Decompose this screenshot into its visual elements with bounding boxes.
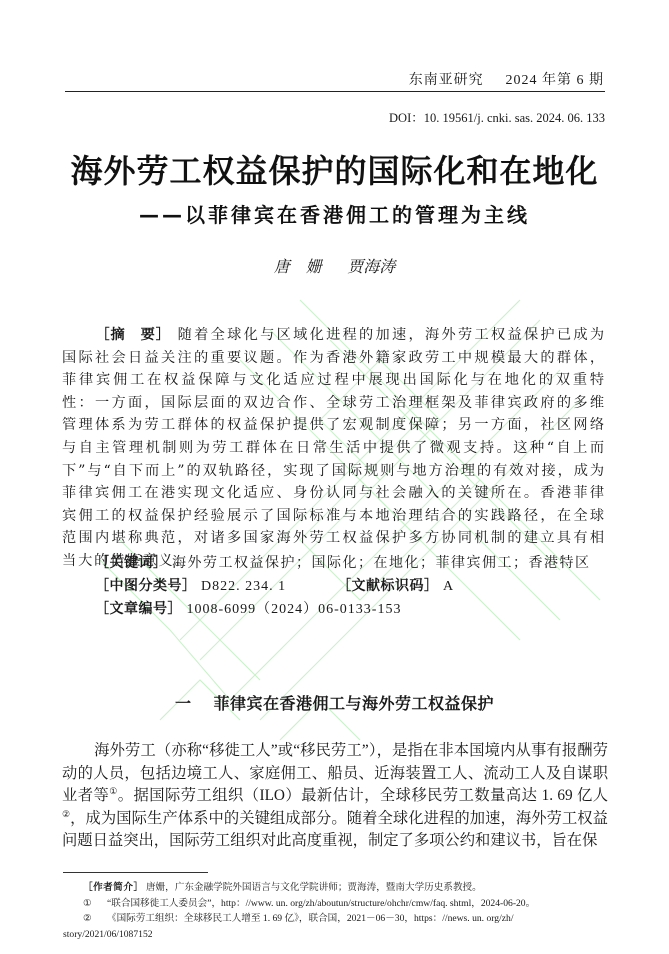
footnote-2: ②《国际劳工组织：全球移民工人增至 1. 69 亿》，联合国，2021－06－3… <box>63 911 613 927</box>
author-list: 唐 姗 贾海涛 <box>0 254 669 277</box>
footnote-1: ①“联合国移徙工人委员会”，http：//www. un. org/zh/abo… <box>63 896 613 912</box>
author-name: 唐 姗 <box>274 254 322 277</box>
journal-issue: 2024 年第 6 期 <box>506 73 605 88</box>
footnote-2-continuation[interactable]: story/2021/06/1087152 <box>63 927 613 943</box>
footnote-ref-1[interactable]: ① <box>109 786 118 796</box>
section-heading: 一菲律宾在香港佣工与海外劳工权益保护 <box>0 691 669 714</box>
article-number-line: ［文章编号］ 1008-6099（2024）06-0133-153 <box>95 598 401 618</box>
doc-code-label: ［文献标识码］ <box>337 578 439 594</box>
footnote-text[interactable]: 《国际劳工组织：全球移民工人增至 1. 69 亿》，联合国，2021－06－30… <box>107 913 513 924</box>
abstract-label: ［摘 要］ <box>95 327 171 343</box>
article-number-label: ［文章编号］ <box>95 601 182 617</box>
article-title: 海外劳工权益保护的国际化和在地化 <box>0 146 669 192</box>
keywords-line: ［关键词］ 海外劳工权益保护；国际化；在地化；菲律宾佣工；香港特区 <box>95 552 590 572</box>
doc-code-value: A <box>443 579 454 594</box>
clc-label: ［中图分类号］ <box>95 578 197 594</box>
keywords-label: ［关键词］ <box>95 555 168 571</box>
footnote-mark: ② <box>83 911 107 927</box>
header-rule <box>65 91 605 92</box>
footnote-text[interactable]: “联合国移徙工人委员会”，http：//www. un. org/zh/abou… <box>107 898 535 909</box>
abstract: ［摘 要］ 随着全球化与区域化进程的加速，海外劳工权益保护已成为国际社会日益关注… <box>62 324 606 573</box>
running-head: 东南亚研究 2024 年第 6 期 <box>409 69 604 89</box>
article-subtitle: ——以菲律宾在香港佣工的管理为主线 <box>0 199 669 228</box>
article-number-value: 1008-6099（2024）06-0133-153 <box>186 602 401 617</box>
doi[interactable]: DOI：10. 19561/j. cnki. sas. 2024. 06. 13… <box>389 108 605 126</box>
classification-line: ［中图分类号］ D822. 234. 1 ［文献标识码］ A <box>95 575 454 595</box>
clc-value: D822. 234. 1 <box>201 579 286 594</box>
footnotes: ［作者简介］ 唐姗，广东金融学院外国语言与文化学院讲师；贾海涛，暨南大学历史系教… <box>63 880 613 942</box>
author-bio: ［作者简介］ 唐姗，广东金融学院外国语言与文化学院讲师；贾海涛，暨南大学历史系教… <box>63 880 613 896</box>
body-text-segment: ，成为国际生产体系中的关键组成部分。随着全球化进程的加速，海外劳工权益问题日益突… <box>62 810 608 850</box>
author-bio-text: 唐姗，广东金融学院外国语言与文化学院讲师；贾海涛，暨南大学历史系教授。 <box>146 882 482 893</box>
section-number: 一 <box>175 694 192 713</box>
footnote-rule <box>63 872 208 873</box>
footnote-mark: ① <box>83 896 107 912</box>
abstract-text: 随着全球化与区域化进程的加速，海外劳工权益保护已成为国际社会日益关注的重要议题。… <box>62 327 606 569</box>
author-name: 贾海涛 <box>347 254 395 277</box>
body-paragraph: 海外劳工（亦称“移徙工人”或“移民劳工”），是指在非本国境内从事有报酬劳动的人员… <box>62 740 608 853</box>
keywords-value: 海外劳工权益保护；国际化；在地化；菲律宾佣工；香港特区 <box>172 555 591 571</box>
author-bio-label: ［作者简介］ <box>83 882 144 893</box>
section-title: 菲律宾在香港佣工与海外劳工权益保护 <box>214 694 495 713</box>
body-text-segment: 。据国际劳工组织（ILO）最新估计，全球移民劳工数量高达 1. 69 亿人 <box>118 787 608 804</box>
footnote-ref-2[interactable]: ② <box>62 809 70 819</box>
journal-name: 东南亚研究 <box>409 72 484 88</box>
